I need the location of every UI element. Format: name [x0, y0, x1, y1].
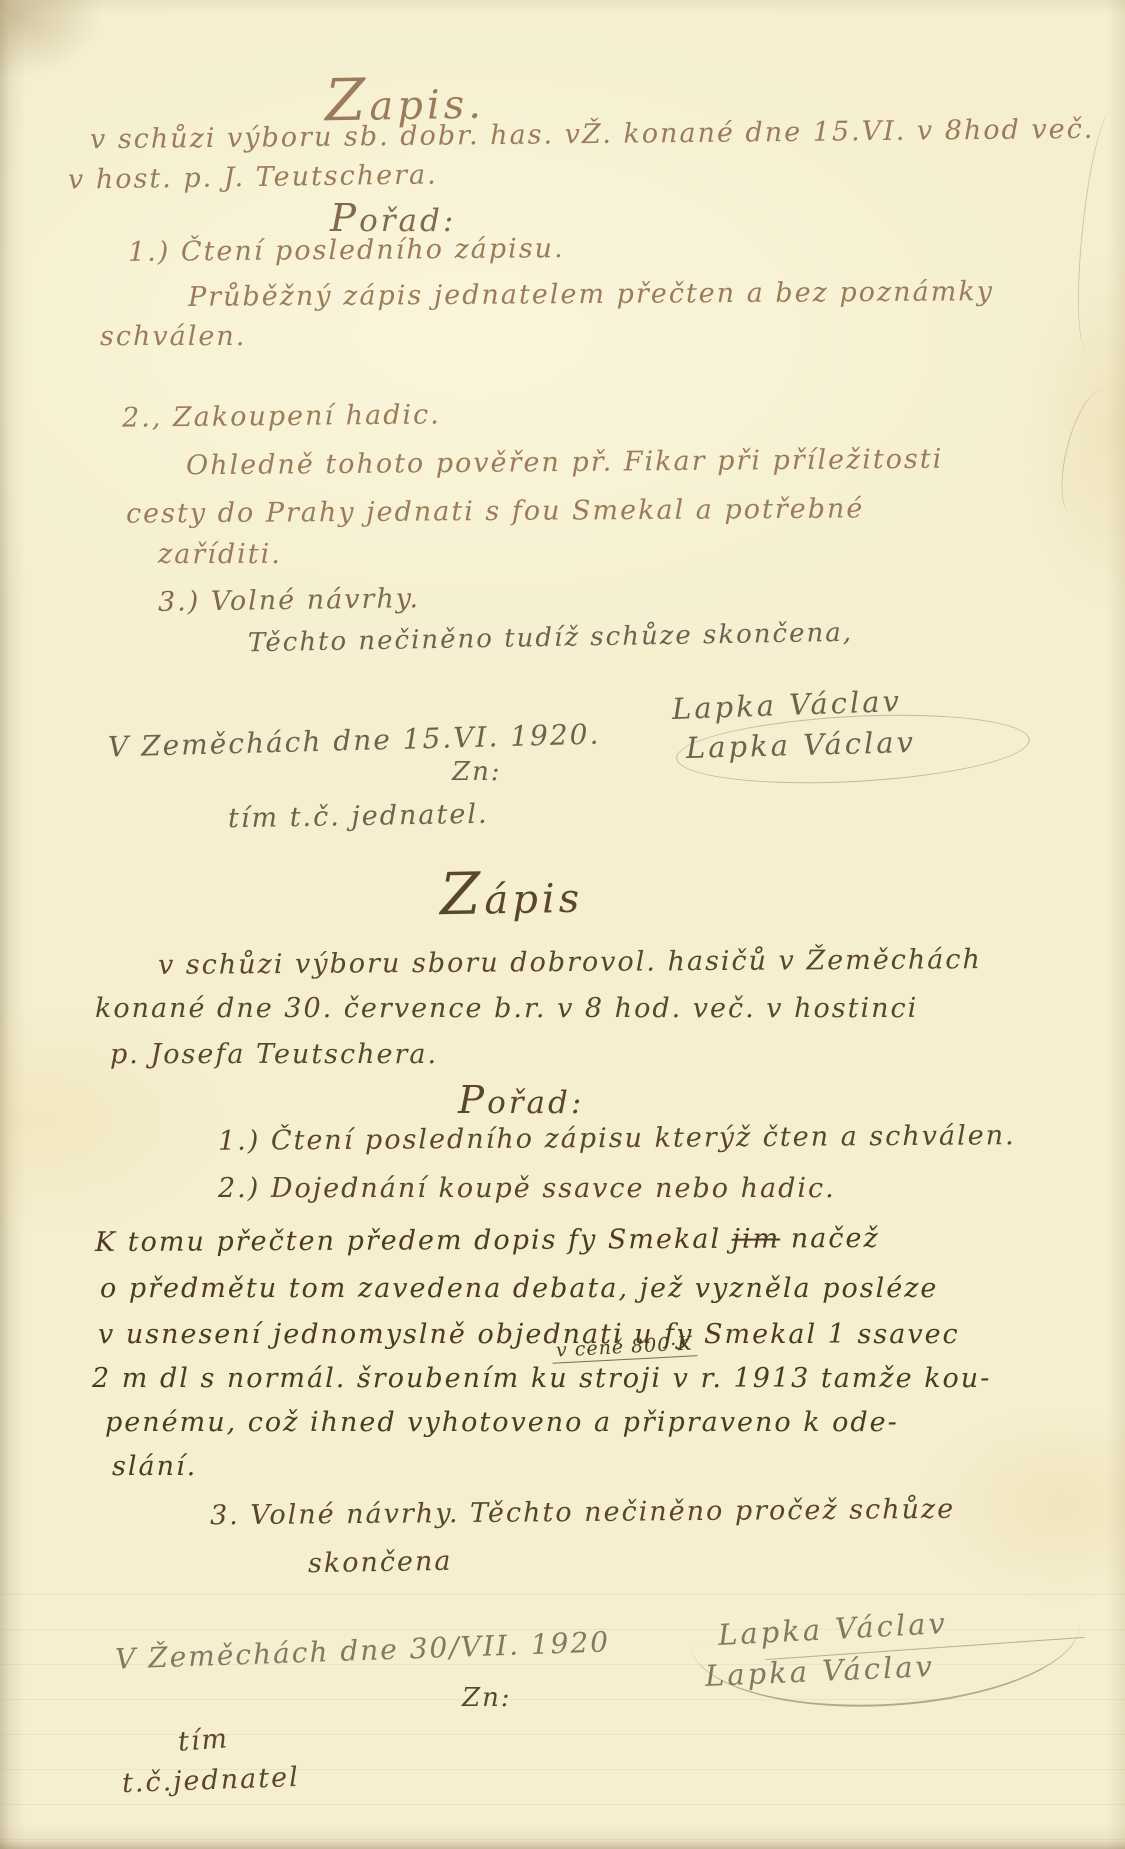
record2-item1: 1.) Čtení posledního zápisu kterýž čten …: [218, 1121, 1016, 1156]
record2-intro-line3: p. Josefa Teutschera.: [110, 1040, 438, 1070]
record2-intro-line1: v schůzi výboru sboru dobrovol. hasičů v…: [158, 945, 982, 980]
scan-scratch-right: [1051, 384, 1125, 521]
record2-body-line1-post: načež: [780, 1223, 880, 1255]
record2-clerk-title-line1: tím: [177, 1724, 230, 1757]
record2-body-line4-pre: 2 m dl s normál. šroubením: [92, 1363, 531, 1394]
record1-item2-note-line3: zaříditi.: [158, 540, 282, 570]
record2-agenda-heading: Pořad:: [458, 1080, 584, 1123]
record2-body-line2: o předmětu tom zavedena debata, jež vyzn…: [100, 1274, 938, 1304]
record1-item2-note-line2: cesty do Prahy jednati s fou Smekal a po…: [126, 494, 865, 529]
record2-body-line6: slání.: [112, 1452, 197, 1482]
record2-body-line1-pre: K tomu přečten předem dopis fy Smekal: [95, 1224, 732, 1258]
record1-clerk-mark: Zn:: [452, 758, 502, 787]
record2-item3: 3. Volné návrhy. Těchto nečiněno pročež …: [210, 1495, 955, 1531]
record2-title: Zápis: [439, 861, 583, 927]
manuscript-page: Zapis. v schůzi výboru sb. dobr. has. vŽ…: [0, 0, 1125, 1849]
scan-scratch-top-right: [1070, 109, 1125, 351]
record2-body-line3: v usnesení jednomyslně objednati u fy Sm…: [98, 1320, 960, 1350]
record2-clerk-mark: Zn:: [462, 1684, 512, 1713]
record1-item1-note-line1: Průběžný zápis jednatelem přečten a bez …: [188, 277, 994, 312]
record1-clerk-title: tím t.č. jednatel.: [228, 800, 489, 834]
record1-item2: 2., Zakoupení hadic.: [122, 400, 441, 433]
record1-place-date: V Zeměchách dne 15.VI. 1920.: [108, 720, 601, 764]
record1-closing: Těchto nečiněno tudíž schůze skončena,: [248, 619, 853, 658]
record2-body-line5: penému, což ihned vyhotoveno a připraven…: [105, 1408, 899, 1438]
record2-body-line4-post: ku stroji v r. 1913 tamže kou-: [531, 1363, 992, 1394]
record1-intro-line1: v schůzi výboru sb. dobr. has. vŽ. konan…: [90, 115, 1095, 155]
record2-clerk-title-line2: t.č.jednatel: [122, 1763, 301, 1799]
record2-item2: 2.) Dojednání koupě ssavce nebo hadic.: [218, 1174, 836, 1204]
record1-item1-note-line2: schválen.: [100, 322, 246, 352]
record1-intro-line2: v host. p. J. Teutschera.: [68, 160, 438, 195]
paper-ruled-lines: [0, 1560, 1125, 1840]
record2-intro-line2: konané dne 30. července b.r. v 8 hod. ve…: [95, 994, 918, 1024]
record1-item1: 1.) Čtení posledního zápisu.: [128, 234, 565, 267]
record2-body-struck-word: jim: [732, 1223, 781, 1254]
record1-item2-note-line1: Ohledně tohoto pověřen př. Fikar při pří…: [186, 445, 944, 481]
record2-closing: skončena: [308, 1547, 453, 1579]
record2-body-line1: K tomu přečten předem dopis fy Smekal ji…: [95, 1224, 880, 1258]
record2-body-line4: 2 m dl s normál. šroubením ku stroji v r…: [92, 1364, 991, 1394]
record1-item3: 3.) Volné návrhy.: [158, 584, 420, 617]
